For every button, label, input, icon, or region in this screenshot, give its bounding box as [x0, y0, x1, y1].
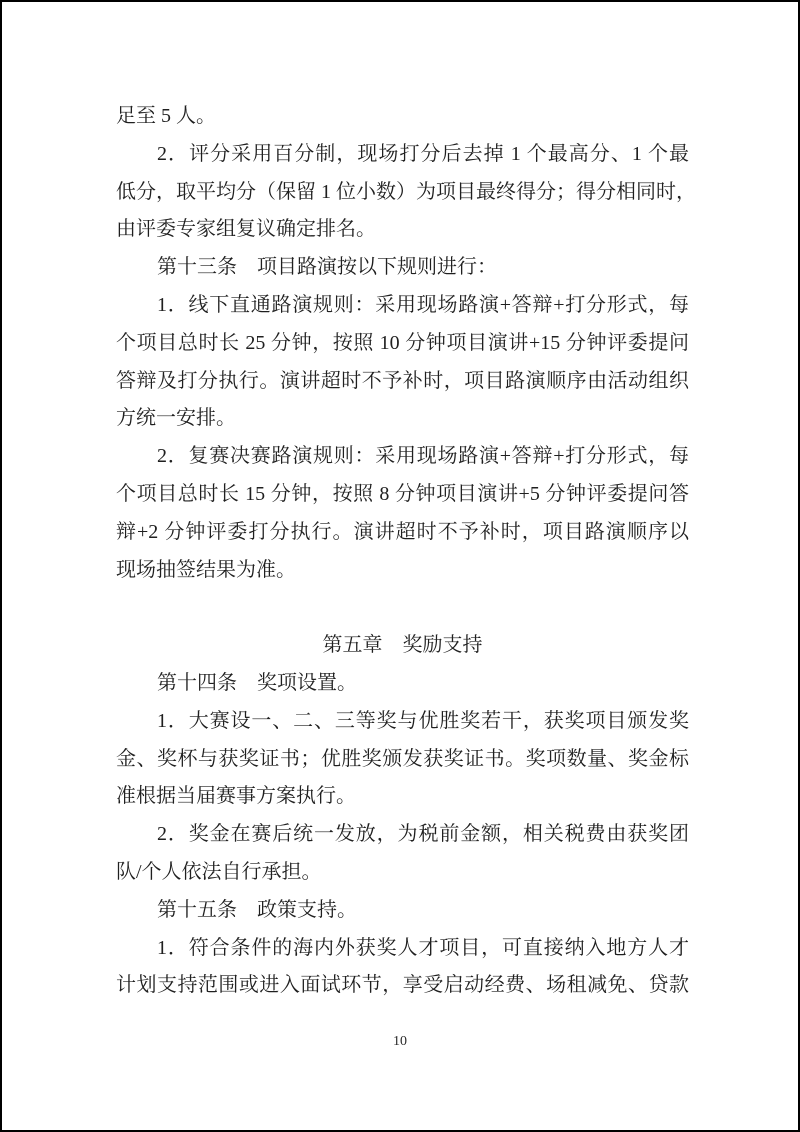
chapter-heading: 第五章 奖励支持 [116, 627, 689, 665]
text-line: 第十三条 项目路演按以下规则进行： [116, 249, 689, 287]
text-line: 计划支持范围或进入面试环节，享受启动经费、场租减免、贷款 [116, 967, 689, 1005]
paragraph: 1．线下直通路演规则：采用现场路演+答辩+打分形式，每 个项目总时长 25 分钟… [116, 287, 689, 438]
text-line: 足至 5 人。 [116, 98, 689, 136]
text-line: 准根据当届赛事方案执行。 [116, 778, 689, 816]
paragraph: 足至 5 人。 [116, 98, 689, 136]
blank-line [116, 589, 689, 627]
text-line: 低分，取平均分（保留 1 位小数）为项目最终得分；得分相同时， [116, 174, 689, 212]
text-line: 1．符合条件的海内外获奖人才项目，可直接纳入地方人才 [116, 930, 689, 968]
text-line: 2．评分采用百分制，现场打分后去掉 1 个最高分、1 个最 [116, 136, 689, 174]
paragraph: 1．符合条件的海内外获奖人才项目，可直接纳入地方人才 计划支持范围或进入面试环节… [116, 930, 689, 1006]
text-line: 金、奖杯与获奖证书；优胜奖颁发获奖证书。奖项数量、奖金标 [116, 741, 689, 779]
document-page: 足至 5 人。 2．评分采用百分制，现场打分后去掉 1 个最高分、1 个最 低分… [0, 0, 800, 1132]
text-line: 1．线下直通路演规则：采用现场路演+答辩+打分形式，每 [116, 287, 689, 325]
text-line: 队/个人依法自行承担。 [116, 854, 689, 892]
text-block: 足至 5 人。 2．评分采用百分制，现场打分后去掉 1 个最高分、1 个最 低分… [116, 98, 689, 1005]
paragraph: 第十四条 奖项设置。 [116, 665, 689, 703]
page-number: 10 [2, 1033, 798, 1051]
text-line: 2．奖金在赛后统一发放，为税前金额，相关税费由获奖团 [116, 816, 689, 854]
paragraph: 第十五条 政策支持。 [116, 892, 689, 930]
text-line: 2．复赛决赛路演规则：采用现场路演+答辩+打分形式，每 [116, 438, 689, 476]
text-line: 1．大赛设一、二、三等奖与优胜奖若干，获奖项目颁发奖 [116, 703, 689, 741]
chapter-heading-text: 第五章 奖励支持 [116, 627, 689, 665]
paragraph: 第十三条 项目路演按以下规则进行： [116, 249, 689, 287]
paragraph: 2．复赛决赛路演规则：采用现场路演+答辩+打分形式，每 个项目总时长 15 分钟… [116, 438, 689, 589]
text-line: 第十五条 政策支持。 [116, 892, 689, 930]
text-line: 第十四条 奖项设置。 [116, 665, 689, 703]
paragraph: 2．评分采用百分制，现场打分后去掉 1 个最高分、1 个最 低分，取平均分（保留… [116, 136, 689, 249]
text-line: 由评委专家组复议确定排名。 [116, 211, 689, 249]
text-line: 方统一安排。 [116, 400, 689, 438]
paragraph: 1．大赛设一、二、三等奖与优胜奖若干，获奖项目颁发奖 金、奖杯与获奖证书；优胜奖… [116, 703, 689, 816]
text-line: 个项目总时长 15 分钟，按照 8 分钟项目演讲+5 分钟评委提问答 [116, 476, 689, 514]
text-line: 现场抽签结果为准。 [116, 552, 689, 590]
text-line: 辩+2 分钟评委打分执行。演讲超时不予补时，项目路演顺序以 [116, 514, 689, 552]
paragraph: 2．奖金在赛后统一发放，为税前金额，相关税费由获奖团 队/个人依法自行承担。 [116, 816, 689, 892]
text-line: 个项目总时长 25 分钟，按照 10 分钟项目演讲+15 分钟评委提问 [116, 325, 689, 363]
text-line: 答辩及打分执行。演讲超时不予补时，项目路演顺序由活动组织 [116, 363, 689, 401]
